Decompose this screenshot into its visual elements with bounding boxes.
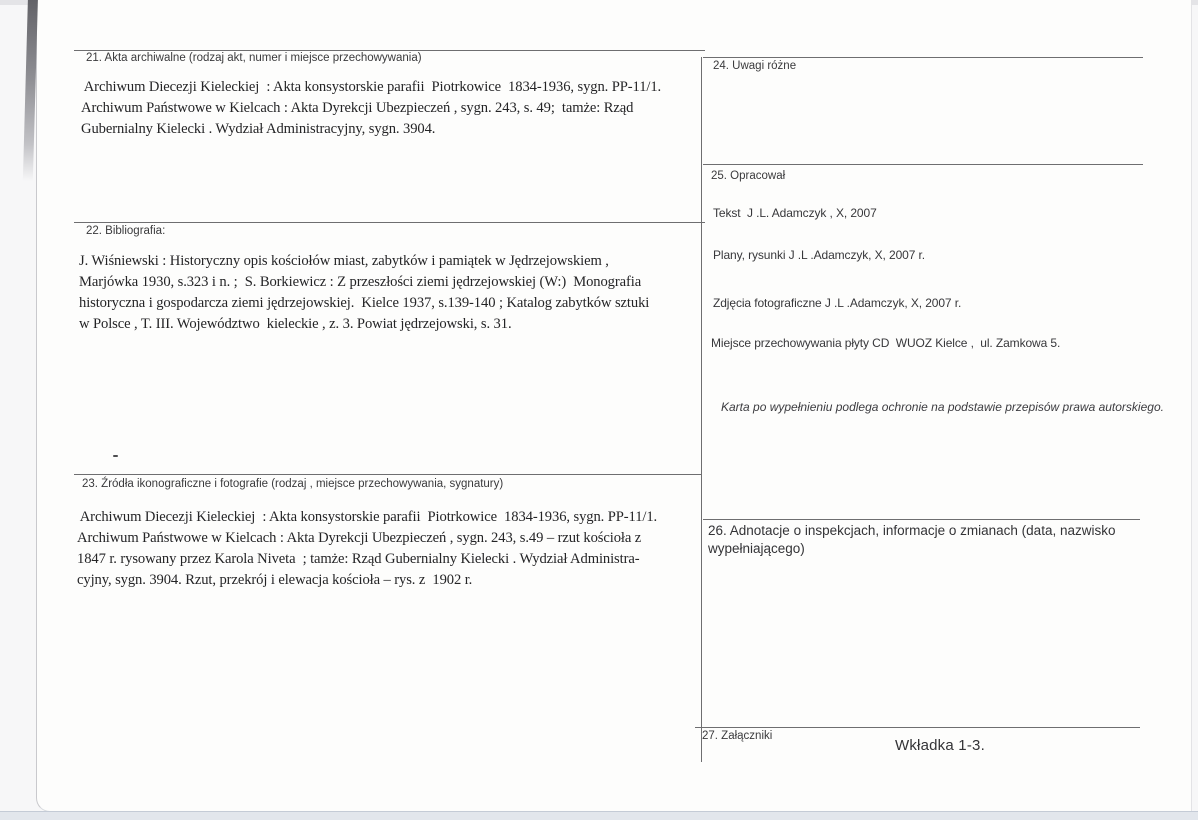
scan-artifact-dot xyxy=(113,455,118,457)
field-21-text-line: Archiwum Diecezji Kieleckiej : Akta kons… xyxy=(81,77,709,98)
rule-above-field-21 xyxy=(74,50,705,51)
field-21-text-line: Archiwum Państwowe w Kielcach : Akta Dyr… xyxy=(81,98,709,119)
rule-above-field-27 xyxy=(695,727,1140,728)
field-24-label: 24. Uwagi różne xyxy=(713,60,796,72)
field-22-text-line: J. Wiśniewski : Historyczny opis kościoł… xyxy=(79,251,709,272)
field-25-label: 25. Opracował xyxy=(711,170,785,182)
field-22-text: J. Wiśniewski : Historyczny opis kościoł… xyxy=(79,251,709,335)
field-25-entry-text: Tekst J .L. Adamczyk , X, 2007 xyxy=(713,206,877,220)
field-22-text-line: w Polsce , T. III. Województwo kieleckie… xyxy=(79,314,709,335)
field-23-text: Archiwum Diecezji Kieleckiej : Akta kons… xyxy=(77,507,709,591)
record-card-paper: 21. Akta archiwalne (rodzaj akt, numer i… xyxy=(36,0,1192,812)
field-25-entry-cd-location: Miejsce przechowywania płyty CD WUOZ Kie… xyxy=(711,336,1060,350)
field-23-label: 23. Źródła ikonograficzne i fotografie (… xyxy=(82,478,503,490)
field-21-label: 21. Akta archiwalne (rodzaj akt, numer i… xyxy=(86,52,422,64)
field-23-text-line: Archiwum Państwowe w Kielcach : Akta Dyr… xyxy=(77,528,709,549)
scanned-document-page: 21. Akta archiwalne (rodzaj akt, numer i… xyxy=(0,0,1198,820)
field-23-text-line: Archiwum Diecezji Kieleckiej : Akta kons… xyxy=(77,507,709,528)
field-22-text-line: historyczna i gospodarcza ziemi jędrzejo… xyxy=(79,293,709,314)
field-21-text-line: Gubernialny Kielecki . Wydział Administr… xyxy=(81,119,709,140)
field-23-text-line: 1847 r. rysowany przez Karola Niveta ; t… xyxy=(77,549,709,570)
rule-above-field-23 xyxy=(74,474,702,475)
rule-above-field-26 xyxy=(703,519,1140,520)
field-23-text-line: cyjny, sygn. 3904. Rzut, przekrój i elew… xyxy=(77,570,709,591)
field-27-label: 27. Załączniki xyxy=(702,730,772,742)
field-25-copyright-note: Karta po wypełnieniu podlega ochronie na… xyxy=(721,400,1164,414)
field-22-text-line: Marjówka 1930, s.323 i n. ; S. Borkiewic… xyxy=(79,272,709,293)
rule-above-field-24 xyxy=(703,57,1143,58)
rule-above-field-22 xyxy=(74,222,705,223)
field-26-label: 26. Adnotacje o inspekcjach, informacje … xyxy=(708,522,1132,557)
field-27-value: Wkładka 1-3. xyxy=(895,737,985,754)
rule-above-field-25 xyxy=(703,164,1143,165)
scan-edge-bottom xyxy=(0,811,1198,820)
field-25-entry-photos: Zdjęcia fotograficzne J .L .Adamczyk, X,… xyxy=(713,296,961,310)
field-21-text: Archiwum Diecezji Kieleckiej : Akta kons… xyxy=(81,77,709,140)
field-25-entry-plans: Plany, rysunki J .L .Adamczyk, X, 2007 r… xyxy=(713,248,925,262)
field-22-label: 22. Bibliografia: xyxy=(86,225,165,237)
column-divider-line xyxy=(701,57,702,762)
